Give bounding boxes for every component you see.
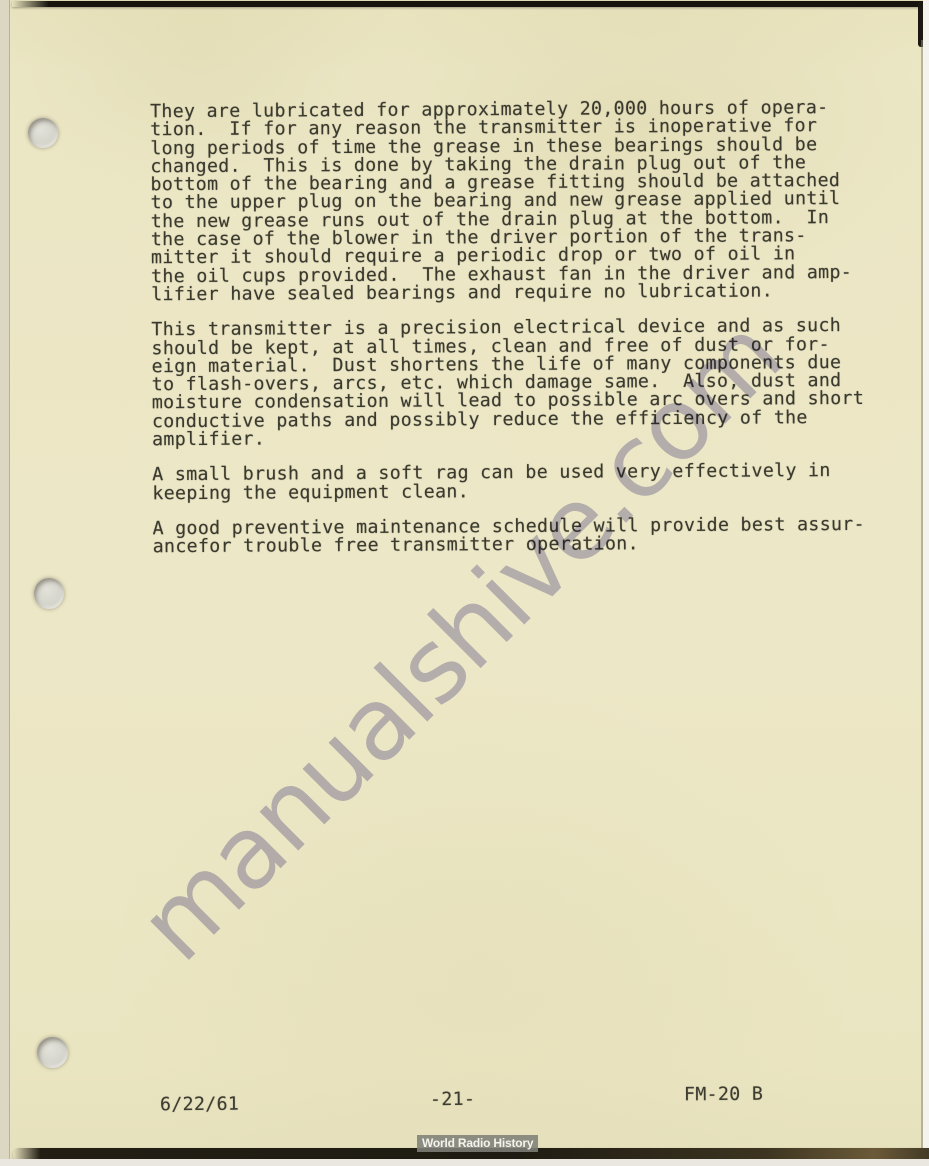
scan-right-backing — [923, 0, 929, 1166]
footer-date: 6/22/61 — [160, 1094, 239, 1116]
footer-doc-reference: FM-20 B — [684, 1084, 763, 1106]
paragraph-brush-rag: A small brush and a soft rag can be used… — [152, 462, 882, 503]
scan-bottom-backing — [0, 1159, 929, 1166]
archive-badge: World Radio History — [417, 1135, 538, 1152]
punch-hole-top — [28, 118, 58, 148]
typewritten-text-block: They are lubricated for approximately 20… — [150, 99, 883, 574]
paragraph-preventive-maintenance: A good preventive maintenance schedule w… — [153, 516, 883, 557]
scan-left-edge — [0, 0, 10, 1160]
footer-page-number: -21- — [430, 1089, 475, 1110]
paragraph-lubrication: They are lubricated for approximately 20… — [150, 99, 881, 305]
paragraph-cleanliness: This transmitter is a precision electric… — [151, 317, 882, 450]
scan-top-edge — [12, 1, 929, 7]
punch-hole-bottom — [37, 1037, 68, 1068]
punch-hole-middle — [34, 578, 64, 609]
